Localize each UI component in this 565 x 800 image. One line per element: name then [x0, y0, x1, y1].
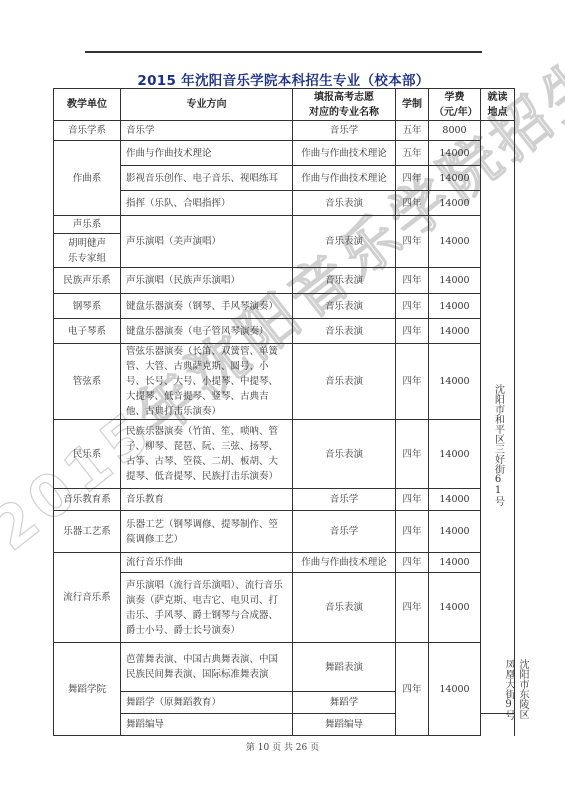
direction-cell: 芭蕾舞表演、中国古典舞表演、中国民族民间舞表演、国际标准舞表演: [121, 643, 293, 692]
duration-cell: 四年: [396, 643, 429, 736]
table-row: 流行音乐系 流行音乐作曲 作曲与作曲技术理论 四年 14000: [54, 553, 515, 573]
fee-cell: 14000: [429, 344, 481, 420]
table-row: 音乐教育系 音乐教育 音乐学 四年 14000: [54, 489, 515, 511]
unit-cell: 舞蹈学院: [54, 643, 121, 736]
header-location: 就读地点: [481, 89, 515, 121]
major-cell: 音乐学: [293, 121, 396, 141]
table-row: 声乐系 声乐演唱（美声演唱） 音乐表演 四年 14000: [54, 216, 515, 234]
major-cell: 作曲与作曲技术理论: [293, 553, 396, 573]
table-row: 指挥（乐队、合唱指挥） 音乐表演 四年 14000: [54, 191, 515, 216]
direction-cell: 指挥（乐队、合唱指挥）: [121, 191, 293, 216]
unit-cell: 音乐学系: [54, 121, 121, 141]
direction-cell: 流行音乐作曲: [121, 553, 293, 573]
header-fee: 学费（元/年）: [429, 89, 481, 121]
fee-cell: 14000: [429, 141, 481, 166]
major-cell: 音乐学: [293, 511, 396, 553]
direction-cell: 键盘乐器演奏（钢琴、手风琴演奏）: [121, 294, 293, 319]
duration-cell: 四年: [396, 344, 429, 420]
header-major: 填报高考志愿对应的专业名称: [293, 89, 396, 121]
header-direction: 专业方向: [121, 89, 293, 121]
major-cell: 音乐表演: [293, 344, 396, 420]
fee-cell: 14000: [429, 216, 481, 268]
unit-cell: 流行音乐系: [54, 553, 121, 643]
direction-cell: 作曲与作曲技术理论: [121, 141, 293, 166]
unit-cell: 民乐系: [54, 420, 121, 489]
header-duration: 学制: [396, 89, 429, 121]
table-header-row: 教学单位 专业方向 填报高考志愿对应的专业名称 学制 学费（元/年） 就读地点: [54, 89, 515, 121]
direction-cell: 民族乐器演奏（竹笛、笙、唢呐、管子、柳琴、琵琶、阮、三弦、扬琴、古筝、古琴、箜篌…: [121, 420, 293, 489]
duration-cell: 五年: [396, 141, 429, 166]
table-row: 影视音乐创作、电子音乐、视唱练耳 作曲与作曲技术理论 四年 14000: [54, 166, 515, 191]
fee-cell: 14000: [429, 166, 481, 191]
table-row: 作曲系 作曲与作曲技术理论 作曲与作曲技术理论 五年 14000: [54, 141, 515, 166]
location-main-campus: 沈阳市和平区三好街61号: [481, 121, 515, 714]
direction-cell: 声乐演唱（民族声乐演唱）: [121, 268, 293, 294]
fee-cell: 14000: [429, 191, 481, 216]
table-row: 民族声乐系 声乐演唱（民族声乐演唱） 音乐表演 四年 14000: [54, 268, 515, 294]
majors-table: 教学单位 专业方向 填报高考志愿对应的专业名称 学制 学费（元/年） 就读地点 …: [53, 88, 515, 736]
table-row: 音乐学系 音乐学 音乐学 五年 8000 沈阳市和平区三好街61号: [54, 121, 515, 141]
duration-cell: 四年: [396, 319, 429, 344]
duration-cell: 四年: [396, 191, 429, 216]
direction-cell: 舞蹈编导: [121, 714, 293, 736]
major-cell: 音乐表演: [293, 268, 396, 294]
fee-cell: 14000: [429, 319, 481, 344]
major-cell: 舞蹈表演: [293, 643, 396, 692]
major-cell: 音乐表演: [293, 573, 396, 643]
header-unit: 教学单位: [54, 89, 121, 121]
direction-cell: 声乐演唱（美声演唱）: [121, 216, 293, 268]
fee-cell: 8000: [429, 121, 481, 141]
unit-cell: 民族声乐系: [54, 268, 121, 294]
fee-cell: 14000: [429, 511, 481, 553]
fee-cell: 14000: [429, 420, 481, 489]
major-cell: 舞蹈学: [293, 692, 396, 714]
table-row: 乐器工艺系 乐器工艺（钢琴调修、提琴制作、箜篌调修工艺） 音乐学 四年 1400…: [54, 511, 515, 553]
unit-cell: 管弦系: [54, 344, 121, 420]
unit-cell: 声乐系: [54, 216, 121, 234]
fee-cell: 14000: [429, 573, 481, 643]
unit-cell: 电子琴系: [54, 319, 121, 344]
duration-cell: 四年: [396, 489, 429, 511]
direction-cell: 影视音乐创作、电子音乐、视唱练耳: [121, 166, 293, 191]
table-row: 管弦系 管弦乐器演奏（长笛、双簧管、单簧管、大管、古典萨克斯、圆号、小号、长号、…: [54, 344, 515, 420]
duration-cell: 四年: [396, 573, 429, 643]
duration-cell: 四年: [396, 166, 429, 191]
duration-cell: 四年: [396, 294, 429, 319]
duration-cell: 四年: [396, 420, 429, 489]
fee-cell: 14000: [429, 489, 481, 511]
direction-cell: 音乐教育: [121, 489, 293, 511]
direction-cell: 乐器工艺（钢琴调修、提琴制作、箜篌调修工艺）: [121, 511, 293, 553]
direction-cell: 音乐学: [121, 121, 293, 141]
page-title: 2015 年沈阳音乐学院本科招生专业（校本部）: [53, 69, 514, 89]
duration-cell: 五年: [396, 121, 429, 141]
unit-cell: 乐器工艺系: [54, 511, 121, 553]
major-cell: 音乐表演: [293, 294, 396, 319]
table-row: 民乐系 民族乐器演奏（竹笛、笙、唢呐、管子、柳琴、琵琶、阮、三弦、扬琴、古筝、古…: [54, 420, 515, 489]
major-cell: 音乐表演: [293, 319, 396, 344]
page-number: 第 10 页 共 26 页: [0, 740, 565, 753]
major-cell: 舞蹈编导: [293, 714, 396, 736]
major-cell: 音乐学: [293, 489, 396, 511]
fee-cell: 14000: [429, 294, 481, 319]
major-cell: 作曲与作曲技术理论: [293, 141, 396, 166]
direction-cell: 键盘乐器演奏（电子管风琴演奏）: [121, 319, 293, 344]
table-row: 舞蹈学院 芭蕾舞表演、中国古典舞表演、中国民族民间舞表演、国际标准舞表演 舞蹈表…: [54, 643, 515, 692]
fee-cell: 14000: [429, 553, 481, 573]
unit-cell: 作曲系: [54, 141, 121, 216]
duration-cell: 四年: [396, 553, 429, 573]
table-row: 钢琴系 键盘乐器演奏（钢琴、手风琴演奏） 音乐表演 四年 14000: [54, 294, 515, 319]
major-cell: 音乐表演: [293, 216, 396, 268]
unit-cell: 胡明健声乐专家组: [54, 234, 121, 268]
unit-cell: 音乐教育系: [54, 489, 121, 511]
fee-cell: 14000: [429, 643, 481, 736]
unit-cell: 钢琴系: [54, 294, 121, 319]
major-cell: 音乐表演: [293, 191, 396, 216]
table-row: 电子琴系 键盘乐器演奏（电子管风琴演奏） 音乐表演 四年 14000: [54, 319, 515, 344]
direction-cell: 舞蹈学（原舞蹈教育）: [121, 692, 293, 714]
duration-cell: 四年: [396, 511, 429, 553]
duration-cell: 四年: [396, 268, 429, 294]
direction-cell: 声乐演唱（流行音乐演唱）、流行音乐演奏（萨克斯、电吉它、电贝司、打击乐、手风琴、…: [121, 573, 293, 643]
header-rule: [85, 51, 482, 53]
major-cell: 音乐表演: [293, 420, 396, 489]
major-cell: 作曲与作曲技术理论: [293, 166, 396, 191]
duration-cell: 四年: [396, 216, 429, 268]
direction-cell: 管弦乐器演奏（长笛、双簧管、单簧管、大管、古典萨克斯、圆号、小号、长号、大号、小…: [121, 344, 293, 420]
table-row: 声乐演唱（流行音乐演唱）、流行音乐演奏（萨克斯、电吉它、电贝司、打击乐、手风琴、…: [54, 573, 515, 643]
fee-cell: 14000: [429, 268, 481, 294]
